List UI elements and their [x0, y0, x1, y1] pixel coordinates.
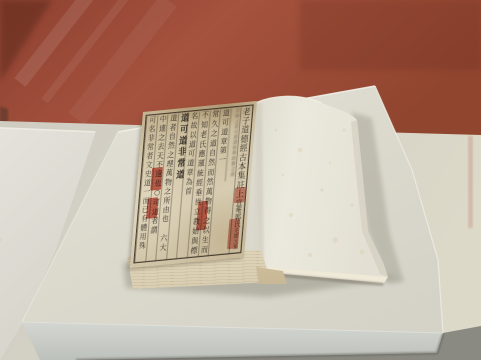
printed-title-page: 老子道德經古本集註上宜菴郭氏范應元集註直解 音辯云道可道謂經術政教之道也 道可道…: [130, 101, 257, 268]
collector-seal: [234, 187, 246, 204]
collector-seal: [150, 167, 163, 191]
museum-display-photo: 老子道德經古本集註上宜菴郭氏范應元集註直解 音辯云道可道謂經術政教之道也 道可道…: [0, 0, 481, 360]
book: 老子道德經古本集註上宜菴郭氏范應元集註直解 音辯云道可道謂經術政教之道也 道可道…: [0, 0, 481, 360]
collector-seal: [146, 197, 159, 219]
